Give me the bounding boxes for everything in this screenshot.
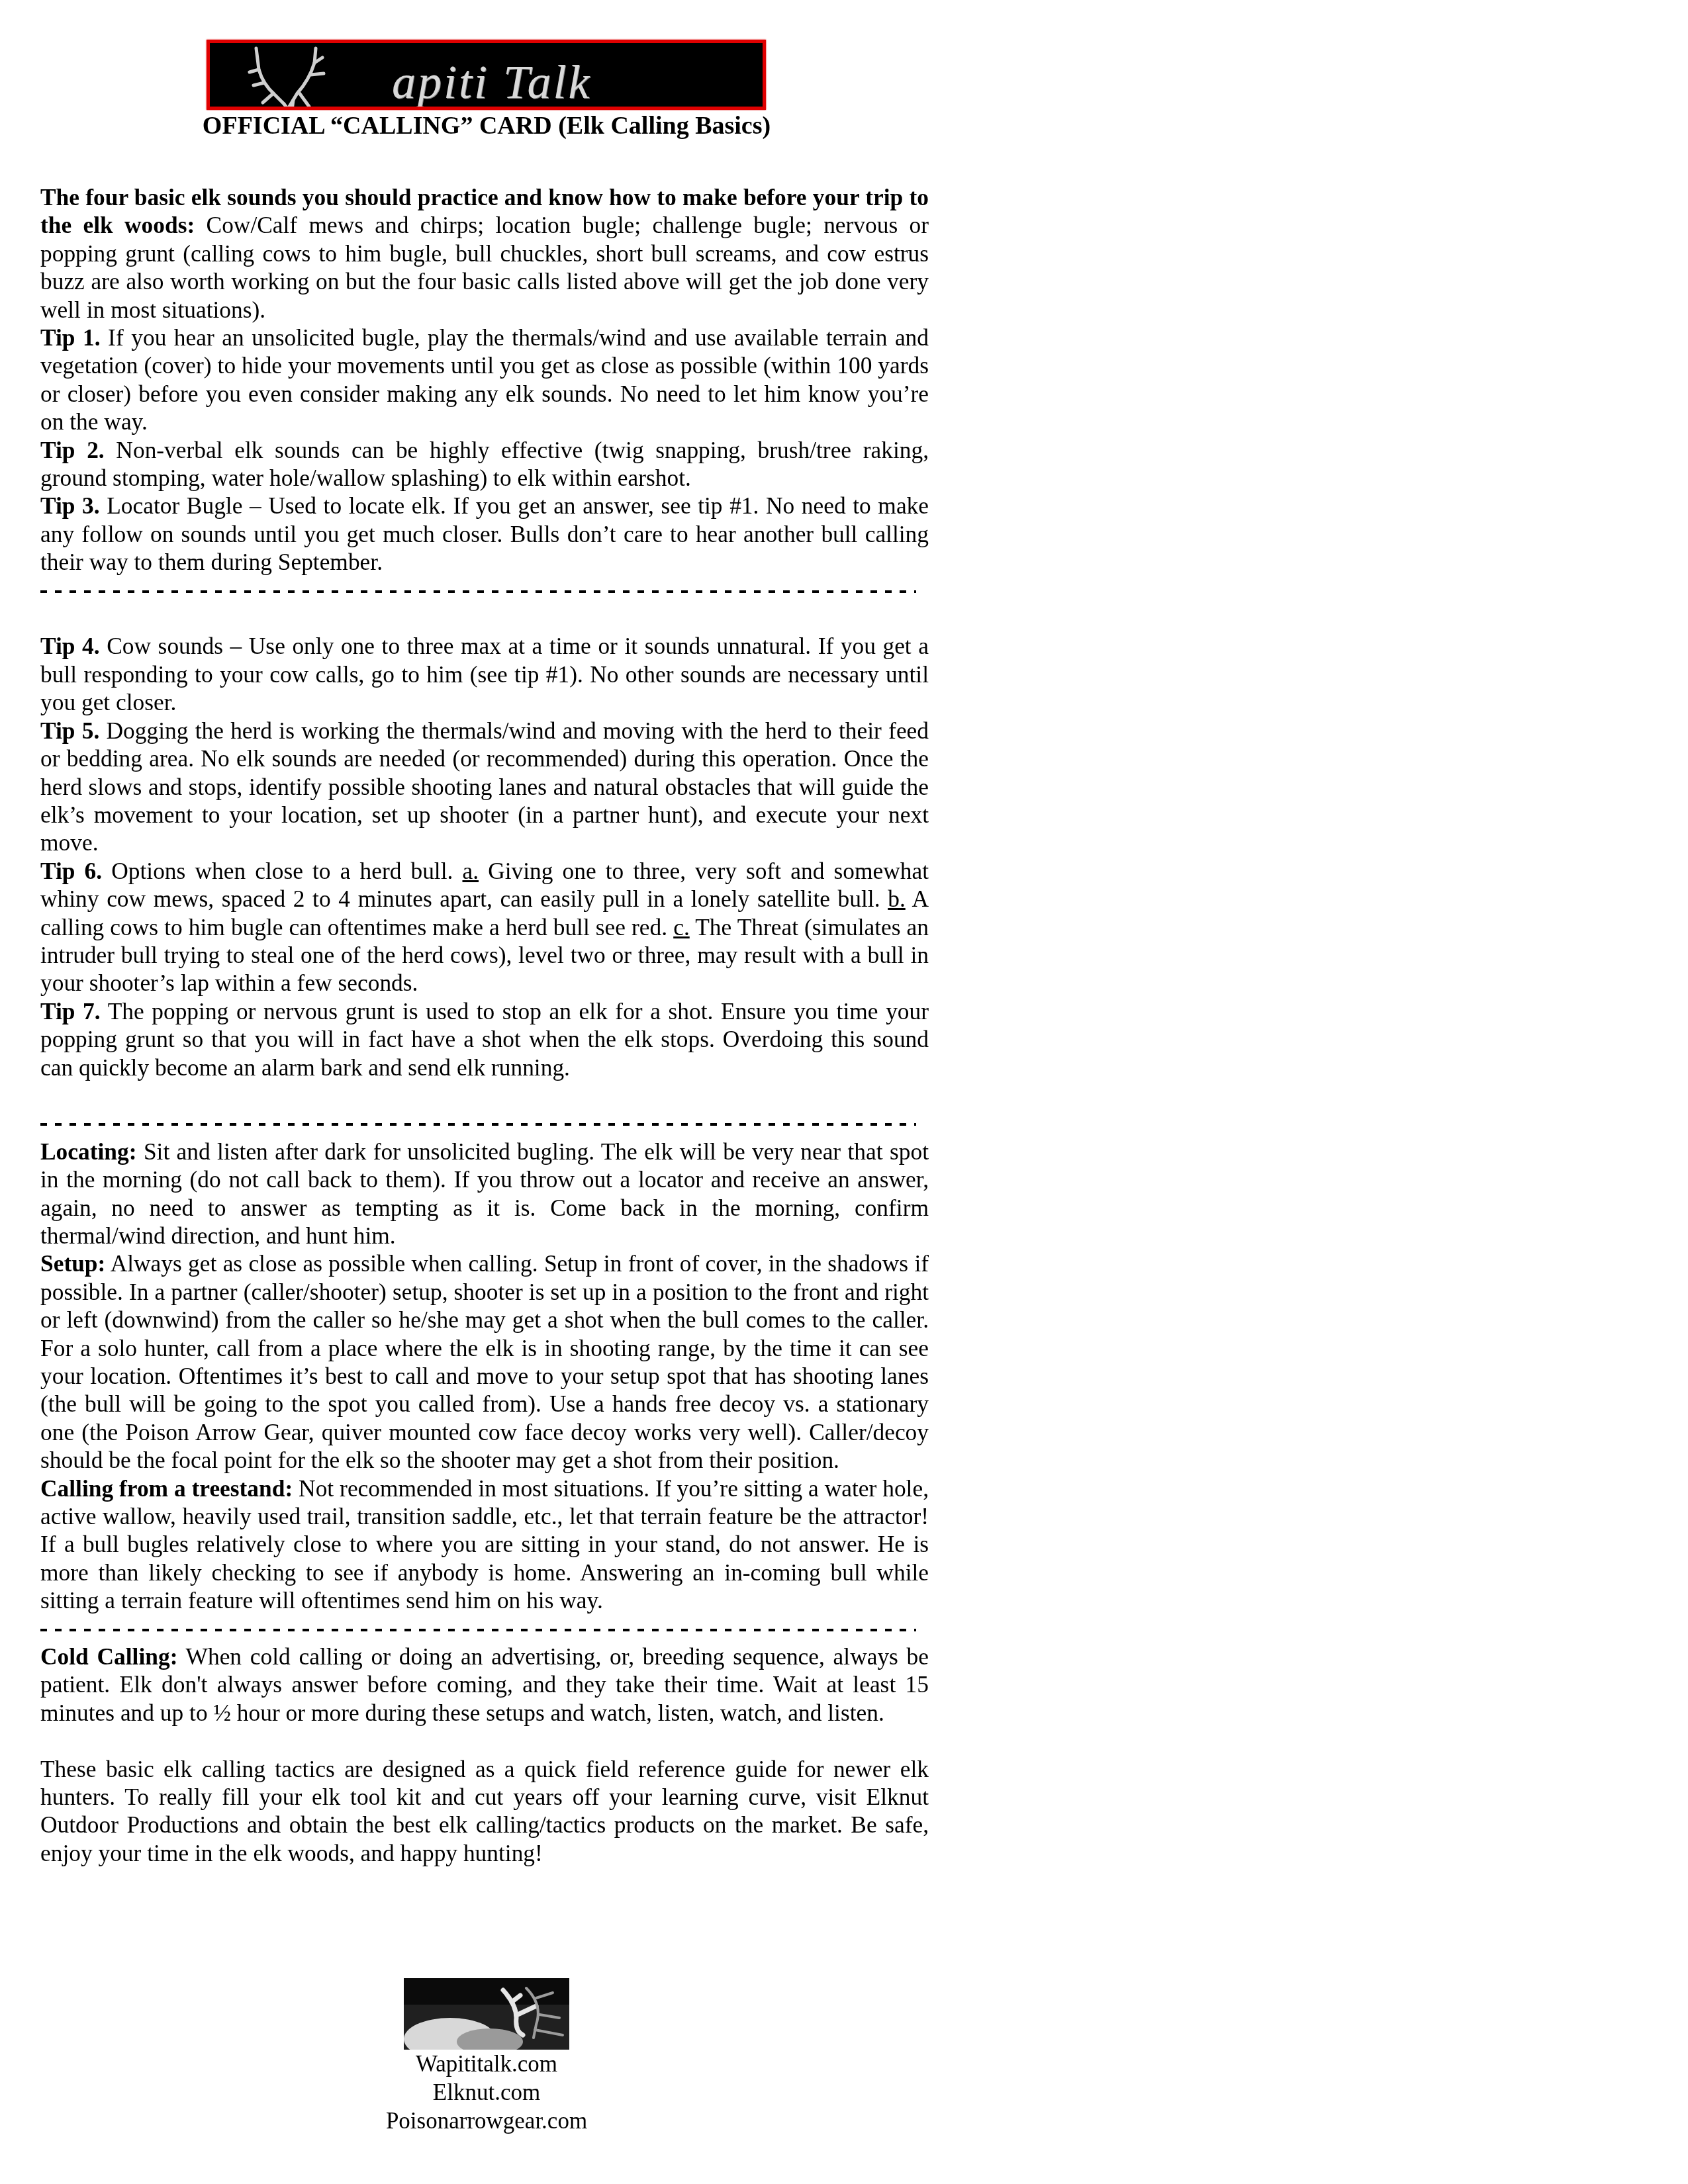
tip-label: Tip 7.	[40, 998, 101, 1024]
tip-label: Tip 1.	[40, 324, 101, 351]
tip-text: Locator Bugle – Used to locate elk. If y…	[40, 492, 929, 575]
tip-3: Tip 3. Locator Bugle – Used to locate el…	[40, 492, 929, 576]
option-a-label: a.	[462, 858, 479, 884]
tip-5: Tip 5. Dogging the herd is working the t…	[40, 717, 929, 857]
dashed-divider	[40, 1615, 929, 1643]
tip-label: Tip 5.	[40, 717, 99, 744]
tip-text: Cow sounds – Use only one to three max a…	[40, 633, 929, 715]
section-text: Always get as close as possible when cal…	[40, 1250, 929, 1473]
tip-label: Tip 3.	[40, 492, 100, 519]
section-text: Sit and listen after dark for unsolicite…	[40, 1138, 929, 1249]
tip-7: Tip 7. The popping or nervous grunt is u…	[40, 997, 929, 1081]
intro-paragraph: The four basic elk sounds you should pra…	[40, 183, 929, 324]
section-label: Cold Calling:	[40, 1643, 177, 1670]
dashed-divider	[40, 576, 929, 604]
section-treestand: Calling from a treestand: Not recommende…	[40, 1475, 929, 1615]
tip-text: If you hear an unsolicited bugle, play t…	[40, 324, 929, 435]
tip-label: Tip 6.	[40, 858, 102, 884]
tip-1: Tip 1. If you hear an unsolicited bugle,…	[40, 324, 929, 436]
tip-text: Options when close to a herd bull.	[102, 858, 462, 884]
tip-2: Tip 2. Non-verbal elk sounds can be high…	[40, 436, 929, 492]
wapiti-talk-logo: apiti Talk	[207, 40, 766, 110]
spacer	[40, 604, 929, 632]
section-label: Setup:	[40, 1250, 105, 1277]
tip-4: Tip 4. Cow sounds – Use only one to thre…	[40, 632, 929, 716]
dashed-divider	[40, 1109, 929, 1137]
tip-text: Non-verbal elk sounds can be highly effe…	[40, 437, 929, 491]
option-b-label: b.	[888, 886, 906, 912]
page-title: OFFICIAL “CALLING” CARD (Elk Calling Bas…	[0, 111, 973, 140]
tip-label: Tip 4.	[40, 633, 100, 659]
tip-text: Dogging the herd is working the thermals…	[40, 717, 929, 856]
logo-text: apiti Talk	[392, 55, 591, 110]
link-poisonarrowgear[interactable]: Poisonarrowgear.com	[288, 2107, 685, 2135]
elk-antlers-icon	[404, 1978, 569, 2050]
link-elknut[interactable]: Elknut.com	[288, 2078, 685, 2107]
footer-links: Wapititalk.com Elknut.com Poisonarrowgea…	[288, 2050, 685, 2135]
elk-bull-photo	[404, 1978, 569, 2050]
tip-6: Tip 6. Options when close to a herd bull…	[40, 857, 929, 997]
section-label: Locating:	[40, 1138, 137, 1165]
section-cold-calling: Cold Calling: When cold calling or doing…	[40, 1643, 929, 1727]
document-body: The four basic elk sounds you should pra…	[40, 183, 929, 1867]
section-label: Calling from a treestand:	[40, 1475, 293, 1502]
tip-label: Tip 2.	[40, 437, 105, 463]
spacer	[40, 1727, 929, 1754]
section-locating: Locating: Sit and listen after dark for …	[40, 1138, 929, 1250]
closing-paragraph: These basic elk calling tactics are desi…	[40, 1755, 929, 1868]
option-c-label: c.	[673, 914, 690, 940]
link-wapititalk[interactable]: Wapititalk.com	[288, 2050, 685, 2078]
spacer	[40, 1081, 929, 1109]
tip-text: The popping or nervous grunt is used to …	[40, 998, 929, 1081]
section-setup: Setup: Always get as close as possible w…	[40, 1250, 929, 1474]
